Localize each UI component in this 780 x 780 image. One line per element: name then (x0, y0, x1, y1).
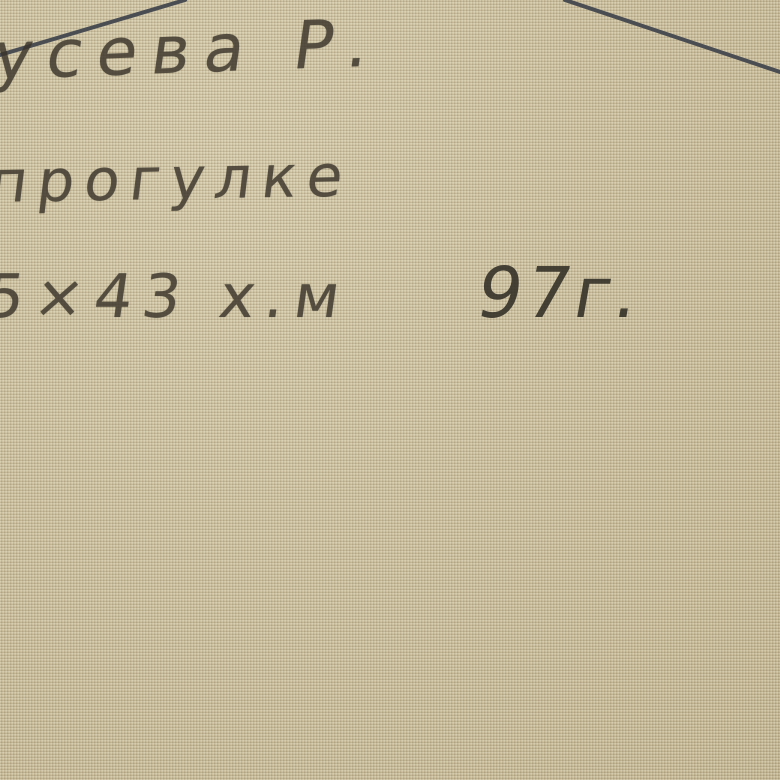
inscription-title: прогулке (0, 142, 357, 216)
inscription-dimensions-medium: 5×43 х.м (0, 262, 355, 332)
inscription-year: 97г. (471, 252, 650, 334)
hanging-wire (0, 0, 780, 780)
inscription-artist-name: усева Р. (0, 4, 388, 95)
linen-canvas: усева Р. прогулке 5×43 х.м 97г. (0, 0, 780, 780)
